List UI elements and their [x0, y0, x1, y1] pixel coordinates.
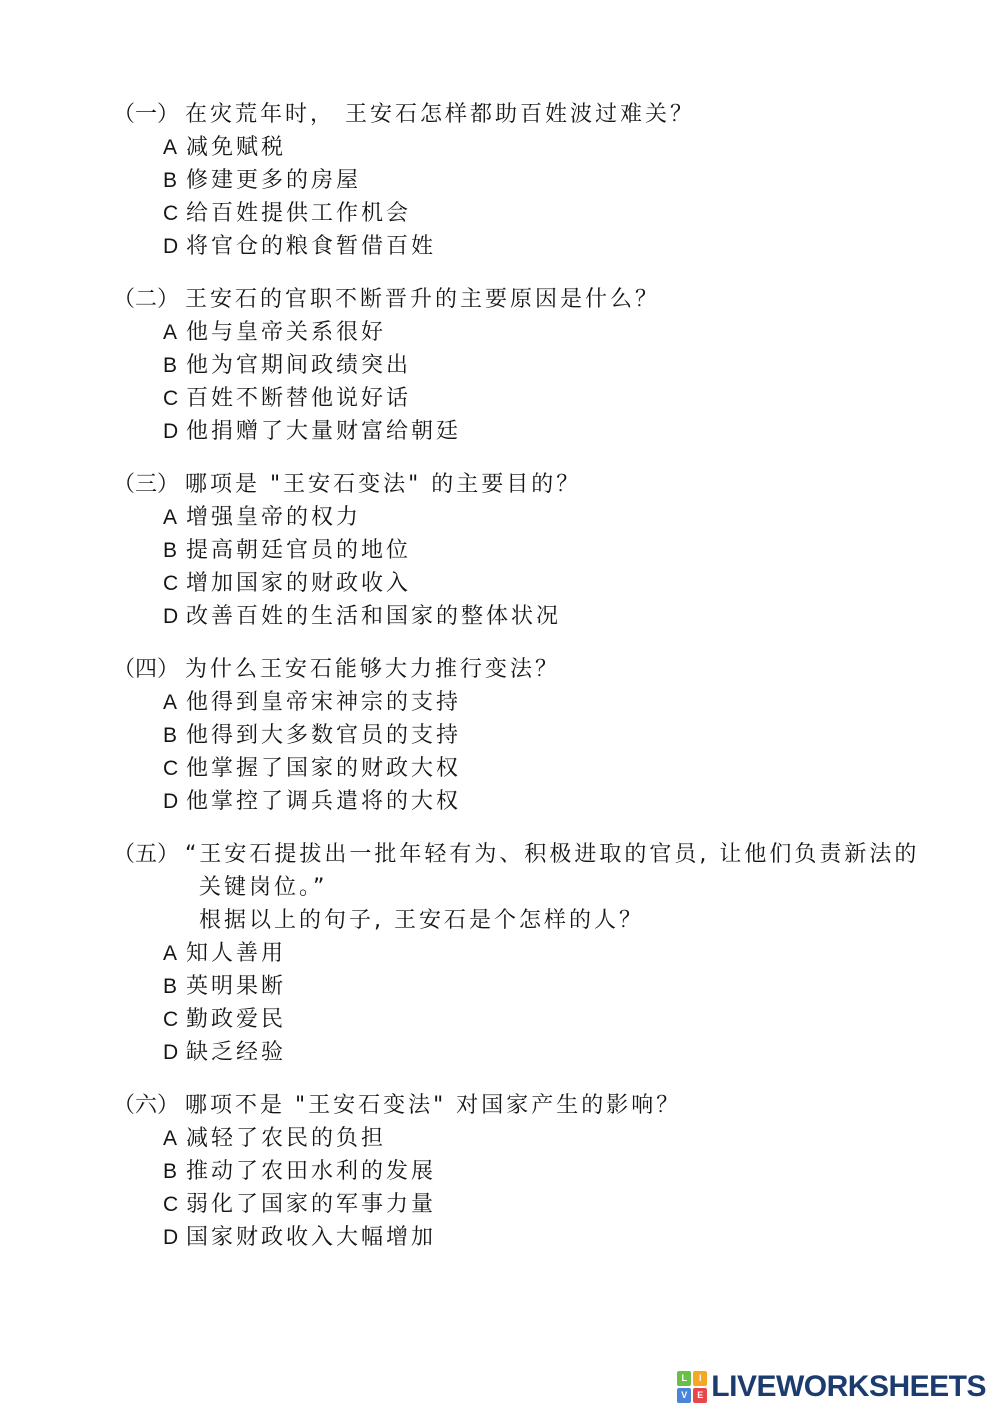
liveworksheets-logo[interactable]: L I V E LIVEWORKSHEETS — [677, 1370, 986, 1404]
question-stem-line: 根据以上的句子, 王安石是个怎样的人？ — [199, 904, 950, 937]
option-letter: B — [163, 970, 186, 1003]
option-letter: A — [163, 937, 186, 970]
question-header: （三） 哪项是 "王安石变法" 的主要目的？ — [113, 468, 950, 501]
option-letter: A — [163, 316, 186, 349]
question-block-5: （五） “王安石提拔出一批年轻有为、积极进取的官员, 让他们负责新法的 关键岗位… — [113, 838, 950, 1069]
option-text: 百姓不断替他说好话 — [186, 382, 411, 415]
question-text: “王安石提拔出一批年轻有为、积极进取的官员, 让他们负责新法的 — [185, 838, 919, 871]
option-row[interactable]: B 修建更多的房屋 — [163, 164, 950, 197]
option-letter: C — [163, 382, 186, 415]
option-text: 国家财政收入大幅增加 — [186, 1221, 436, 1254]
option-row[interactable]: D 他掌控了调兵遣将的大权 — [163, 785, 950, 818]
option-row[interactable]: A 他得到皇帝宋神宗的支持 — [163, 686, 950, 719]
option-row[interactable]: D 改善百姓的生活和国家的整体状况 — [163, 600, 950, 633]
question-number: （四） — [113, 653, 185, 686]
question-text: 哪项是 "王安石变法" 的主要目的？ — [185, 468, 581, 501]
option-letter: D — [163, 785, 186, 818]
option-text: 他掌控了调兵遣将的大权 — [186, 785, 461, 818]
option-letter: B — [163, 719, 186, 752]
option-text: 缺乏经验 — [186, 1036, 286, 1069]
option-text: 改善百姓的生活和国家的整体状况 — [186, 600, 561, 633]
question-block-1: （一） 在灾荒年时， 王安石怎样都助百姓波过难关？ A 减免赋税 B 修建更多的… — [113, 98, 950, 263]
question-header: （五） “王安石提拔出一批年轻有为、积极进取的官员, 让他们负责新法的 — [113, 838, 950, 871]
option-text: 提高朝廷官员的地位 — [186, 534, 411, 567]
question-text: 哪项不是 "王安石变法" 对国家产生的影响？ — [185, 1089, 681, 1122]
option-text: 给百姓提供工作机会 — [186, 197, 411, 230]
option-row[interactable]: C 百姓不断替他说好话 — [163, 382, 950, 415]
question-block-2: （二） 王安石的官职不断晋升的主要原因是什么？ A 他与皇帝关系很好 B 他为官… — [113, 283, 950, 448]
option-text: 他捐赠了大量财富给朝廷 — [186, 415, 461, 448]
option-row[interactable]: A 减轻了农民的负担 — [163, 1122, 950, 1155]
option-text: 英明果断 — [186, 970, 286, 1003]
option-row[interactable]: D 将官仓的粮食暂借百姓 — [163, 230, 950, 263]
option-text: 弱化了国家的军事力量 — [186, 1188, 436, 1221]
option-letter: C — [163, 1188, 186, 1221]
question-number: （五） — [113, 838, 185, 871]
option-text: 他得到大多数官员的支持 — [186, 719, 461, 752]
option-letter: C — [163, 1003, 186, 1036]
option-letter: C — [163, 197, 186, 230]
question-stem-line: 关键岗位。” — [199, 871, 950, 904]
option-letter: A — [163, 1122, 186, 1155]
question-number: （三） — [113, 468, 185, 501]
option-letter: D — [163, 1036, 186, 1069]
question-header: （二） 王安石的官职不断晋升的主要原因是什么？ — [113, 283, 950, 316]
question-number: （六） — [113, 1089, 185, 1122]
option-letter: D — [163, 600, 186, 633]
option-row[interactable]: C 弱化了国家的军事力量 — [163, 1188, 950, 1221]
option-text: 他得到皇帝宋神宗的支持 — [186, 686, 461, 719]
option-text: 减免赋税 — [186, 131, 286, 164]
option-row[interactable]: D 他捐赠了大量财富给朝廷 — [163, 415, 950, 448]
worksheet-page: （一） 在灾荒年时， 王安石怎样都助百姓波过难关？ A 减免赋税 B 修建更多的… — [0, 0, 1000, 1254]
option-row[interactable]: C 增加国家的财政收入 — [163, 567, 950, 600]
option-letter: D — [163, 230, 186, 263]
option-letter: A — [163, 501, 186, 534]
logo-tile-e: E — [693, 1388, 707, 1403]
logo-tile-v: V — [677, 1388, 691, 1403]
question-header: （六） 哪项不是 "王安石变法" 对国家产生的影响？ — [113, 1089, 950, 1122]
question-header: （四） 为什么王安石能够大力推行变法？ — [113, 653, 950, 686]
liveworksheets-logo-icon: L I V E — [677, 1371, 707, 1403]
question-number: （一） — [113, 98, 185, 131]
option-row[interactable]: D 国家财政收入大幅增加 — [163, 1221, 950, 1254]
option-text: 他为官期间政绩突出 — [186, 349, 411, 382]
option-letter: B — [163, 534, 186, 567]
liveworksheets-logo-text: LIVEWORKSHEETS — [711, 1370, 986, 1404]
option-text: 增加国家的财政收入 — [186, 567, 411, 600]
option-letter: C — [163, 752, 186, 785]
option-letter: B — [163, 164, 186, 197]
option-text: 将官仓的粮食暂借百姓 — [186, 230, 436, 263]
option-row[interactable]: C 勤政爱民 — [163, 1003, 950, 1036]
option-letter: B — [163, 1155, 186, 1188]
option-row[interactable]: C 他掌握了国家的财政大权 — [163, 752, 950, 785]
logo-tile-i: I — [693, 1371, 707, 1386]
option-row[interactable]: A 减免赋税 — [163, 131, 950, 164]
question-number: （二） — [113, 283, 185, 316]
option-letter: B — [163, 349, 186, 382]
question-header: （一） 在灾荒年时， 王安石怎样都助百姓波过难关？ — [113, 98, 950, 131]
logo-tile-l: L — [677, 1371, 691, 1386]
question-block-3: （三） 哪项是 "王安石变法" 的主要目的？ A 增强皇帝的权力 B 提高朝廷官… — [113, 468, 950, 633]
option-text: 知人善用 — [186, 937, 286, 970]
option-text: 减轻了农民的负担 — [186, 1122, 386, 1155]
option-letter: A — [163, 686, 186, 719]
question-text: 为什么王安石能够大力推行变法？ — [185, 653, 560, 686]
option-row[interactable]: B 他得到大多数官员的支持 — [163, 719, 950, 752]
option-text: 勤政爱民 — [186, 1003, 286, 1036]
question-text: 在灾荒年时， 王安石怎样都助百姓波过难关？ — [185, 98, 695, 131]
question-text: 王安石的官职不断晋升的主要原因是什么？ — [185, 283, 660, 316]
option-row[interactable]: B 推动了农田水利的发展 — [163, 1155, 950, 1188]
option-letter: A — [163, 131, 186, 164]
option-text: 推动了农田水利的发展 — [186, 1155, 436, 1188]
option-row[interactable]: B 提高朝廷官员的地位 — [163, 534, 950, 567]
question-block-6: （六） 哪项不是 "王安石变法" 对国家产生的影响？ A 减轻了农民的负担 B … — [113, 1089, 950, 1254]
option-text: 他掌握了国家的财政大权 — [186, 752, 461, 785]
option-letter: D — [163, 1221, 186, 1254]
option-letter: D — [163, 415, 186, 448]
option-row[interactable]: C 给百姓提供工作机会 — [163, 197, 950, 230]
option-row[interactable]: A 增强皇帝的权力 — [163, 501, 950, 534]
option-row[interactable]: A 他与皇帝关系很好 — [163, 316, 950, 349]
option-row[interactable]: D 缺乏经验 — [163, 1036, 950, 1069]
option-row[interactable]: B 他为官期间政绩突出 — [163, 349, 950, 382]
option-letter: C — [163, 567, 186, 600]
option-row[interactable]: A 知人善用 — [163, 937, 950, 970]
question-block-4: （四） 为什么王安石能够大力推行变法？ A 他得到皇帝宋神宗的支持 B 他得到大… — [113, 653, 950, 818]
option-text: 修建更多的房屋 — [186, 164, 361, 197]
option-text: 增强皇帝的权力 — [186, 501, 361, 534]
option-text: 他与皇帝关系很好 — [186, 316, 386, 349]
option-row[interactable]: B 英明果断 — [163, 970, 950, 1003]
